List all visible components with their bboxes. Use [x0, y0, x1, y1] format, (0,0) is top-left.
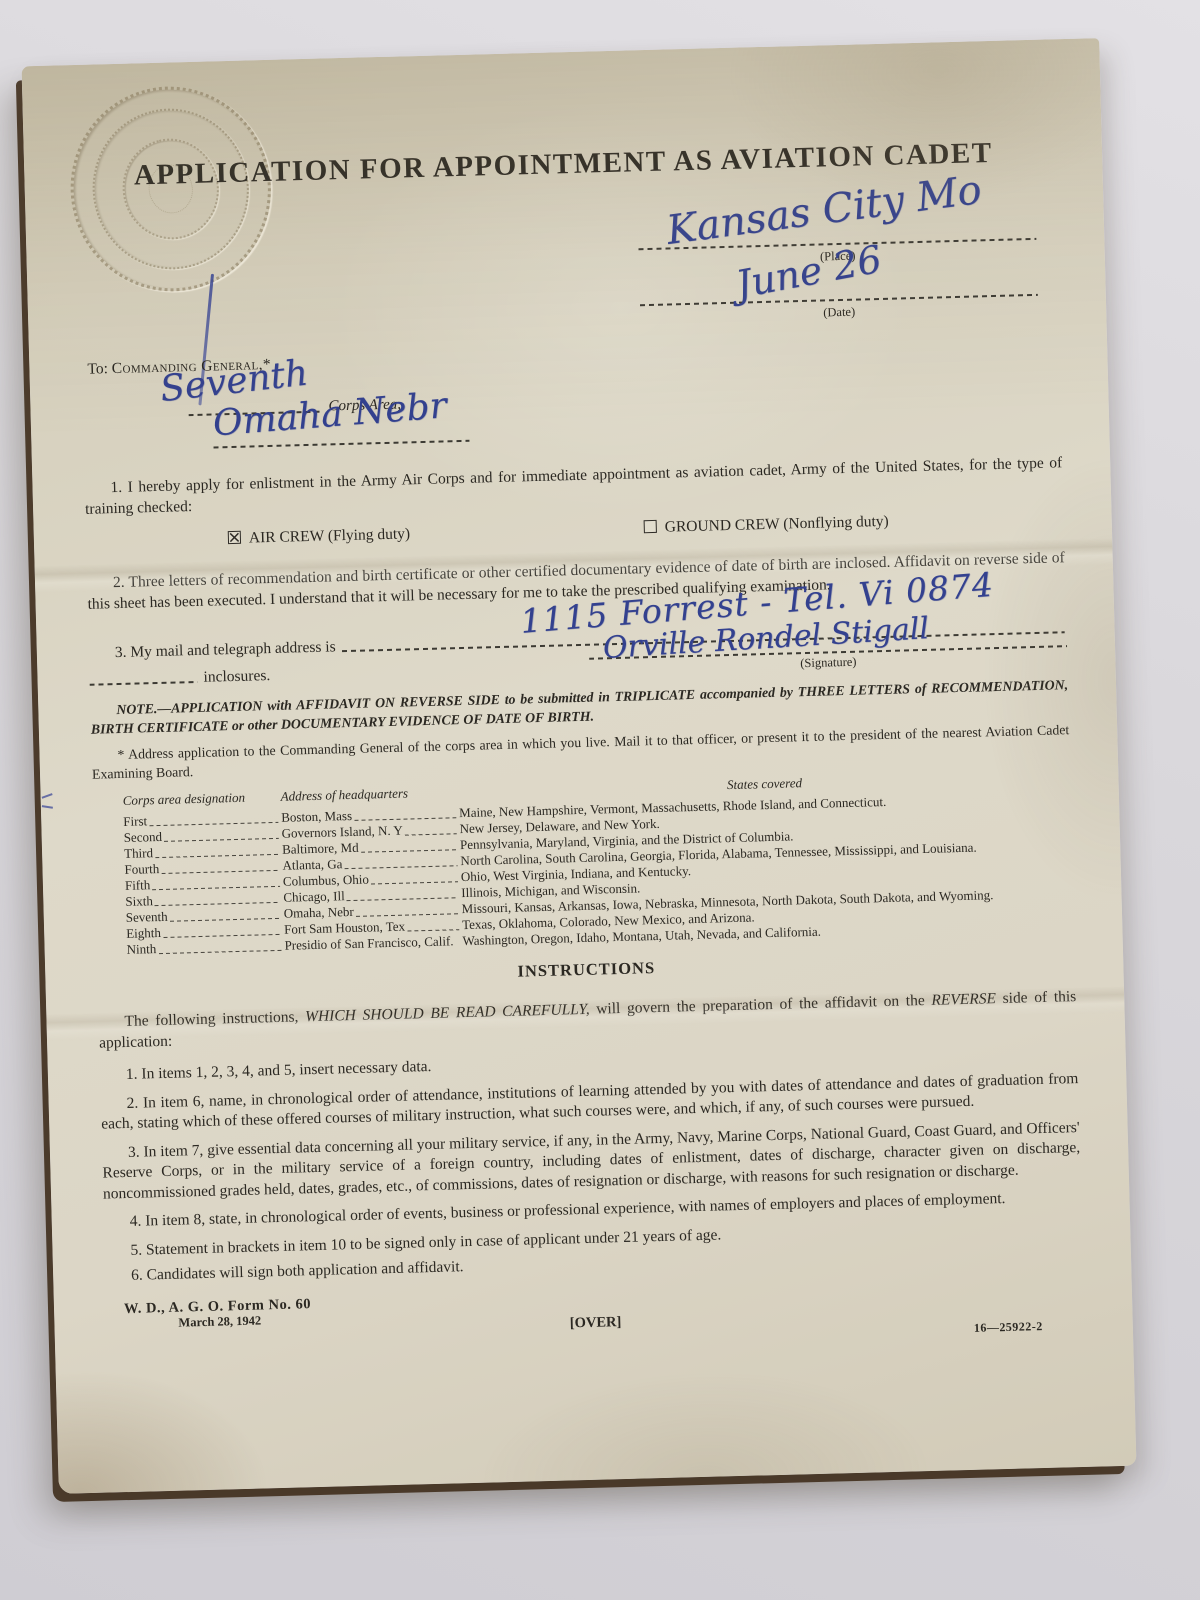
ground-crew-label: GROUND CREW (Nonflying duty) — [665, 513, 889, 536]
hq-address: Presidio of San Francisco, Calif. — [284, 933, 453, 953]
designation: Fifth — [125, 877, 151, 894]
signature-block: Orville Rondel Stigall (Signature) — [589, 641, 1067, 677]
designation: Second — [124, 829, 163, 846]
leader-line — [170, 917, 281, 921]
leader-line — [361, 849, 457, 853]
checkbox-x-mark-icon — [229, 532, 240, 543]
leader-line — [158, 949, 281, 954]
designation: Sixth — [125, 893, 153, 910]
leader-line — [371, 881, 458, 885]
leader-line — [164, 837, 279, 841]
leader-line — [347, 897, 459, 901]
corps-area-table: Corps area designation Address of headqu… — [123, 768, 1075, 958]
leader-line — [345, 865, 458, 869]
header-address: Address of headquarters — [280, 784, 458, 805]
hq-address: Boston, Mass — [281, 808, 352, 826]
date-handwritten-value: June 26 — [732, 237, 885, 307]
leader-line — [354, 817, 456, 821]
leader-line — [163, 933, 281, 937]
leader-line — [356, 913, 459, 917]
leader-line — [407, 929, 459, 932]
leader-line — [405, 833, 457, 836]
air-crew-option: AIR CREW (Flying duty) — [228, 525, 411, 548]
form-header: APPLICATION FOR APPOINTMENT AS AVIATION … — [21, 38, 1109, 480]
form-body: 1. I hereby apply for enlistment in the … — [32, 452, 1133, 1360]
designation: Third — [124, 845, 153, 862]
form-footer: W. D., A. G. O. Form No. 60 March 28, 19… — [106, 1275, 1085, 1359]
intro-emphasis: WHICH SHOULD BE READ CAREFULLY, — [305, 1001, 590, 1025]
designation: Eighth — [126, 925, 161, 942]
designation: Seventh — [126, 909, 168, 926]
hq-address: Atlanta, Ga — [282, 856, 342, 874]
intro-emphasis: REVERSE — [931, 990, 996, 1009]
inclosures-blank: inclosures. — [89, 667, 270, 690]
leader-line — [161, 869, 279, 873]
inclosures-field-line — [90, 681, 198, 686]
designation: First — [123, 813, 147, 830]
ground-crew-checkbox-empty-icon — [644, 520, 657, 533]
designation: Fourth — [124, 861, 159, 878]
header-designation: Corps area designation — [123, 789, 281, 809]
intro-text: will govern the preparation of the affid… — [589, 992, 931, 1018]
document-content: APPLICATION FOR APPOINTMENT AS AVIATION … — [21, 38, 1136, 1494]
print-code: 16—25922-2 — [974, 1319, 1043, 1336]
ground-crew-option: GROUND CREW (Nonflying duty) — [644, 513, 889, 537]
designation: Ninth — [126, 941, 156, 958]
inclosures-label: inclosures. — [203, 667, 270, 687]
air-crew-label: AIR CREW (Flying duty) — [249, 525, 411, 546]
mail-address-prefix: 3. My mail and telegraph address is — [89, 638, 336, 662]
paper-document: APPLICATION FOR APPOINTMENT AS AVIATION … — [21, 38, 1136, 1494]
air-crew-checkbox-checked-icon — [228, 531, 241, 544]
hq-address: Chicago, Ill — [283, 888, 345, 906]
to-prefix: To: — [87, 360, 108, 378]
intro-text: The following instructions, — [124, 1008, 305, 1030]
hq-address: Omaha, Nebr — [284, 904, 354, 922]
